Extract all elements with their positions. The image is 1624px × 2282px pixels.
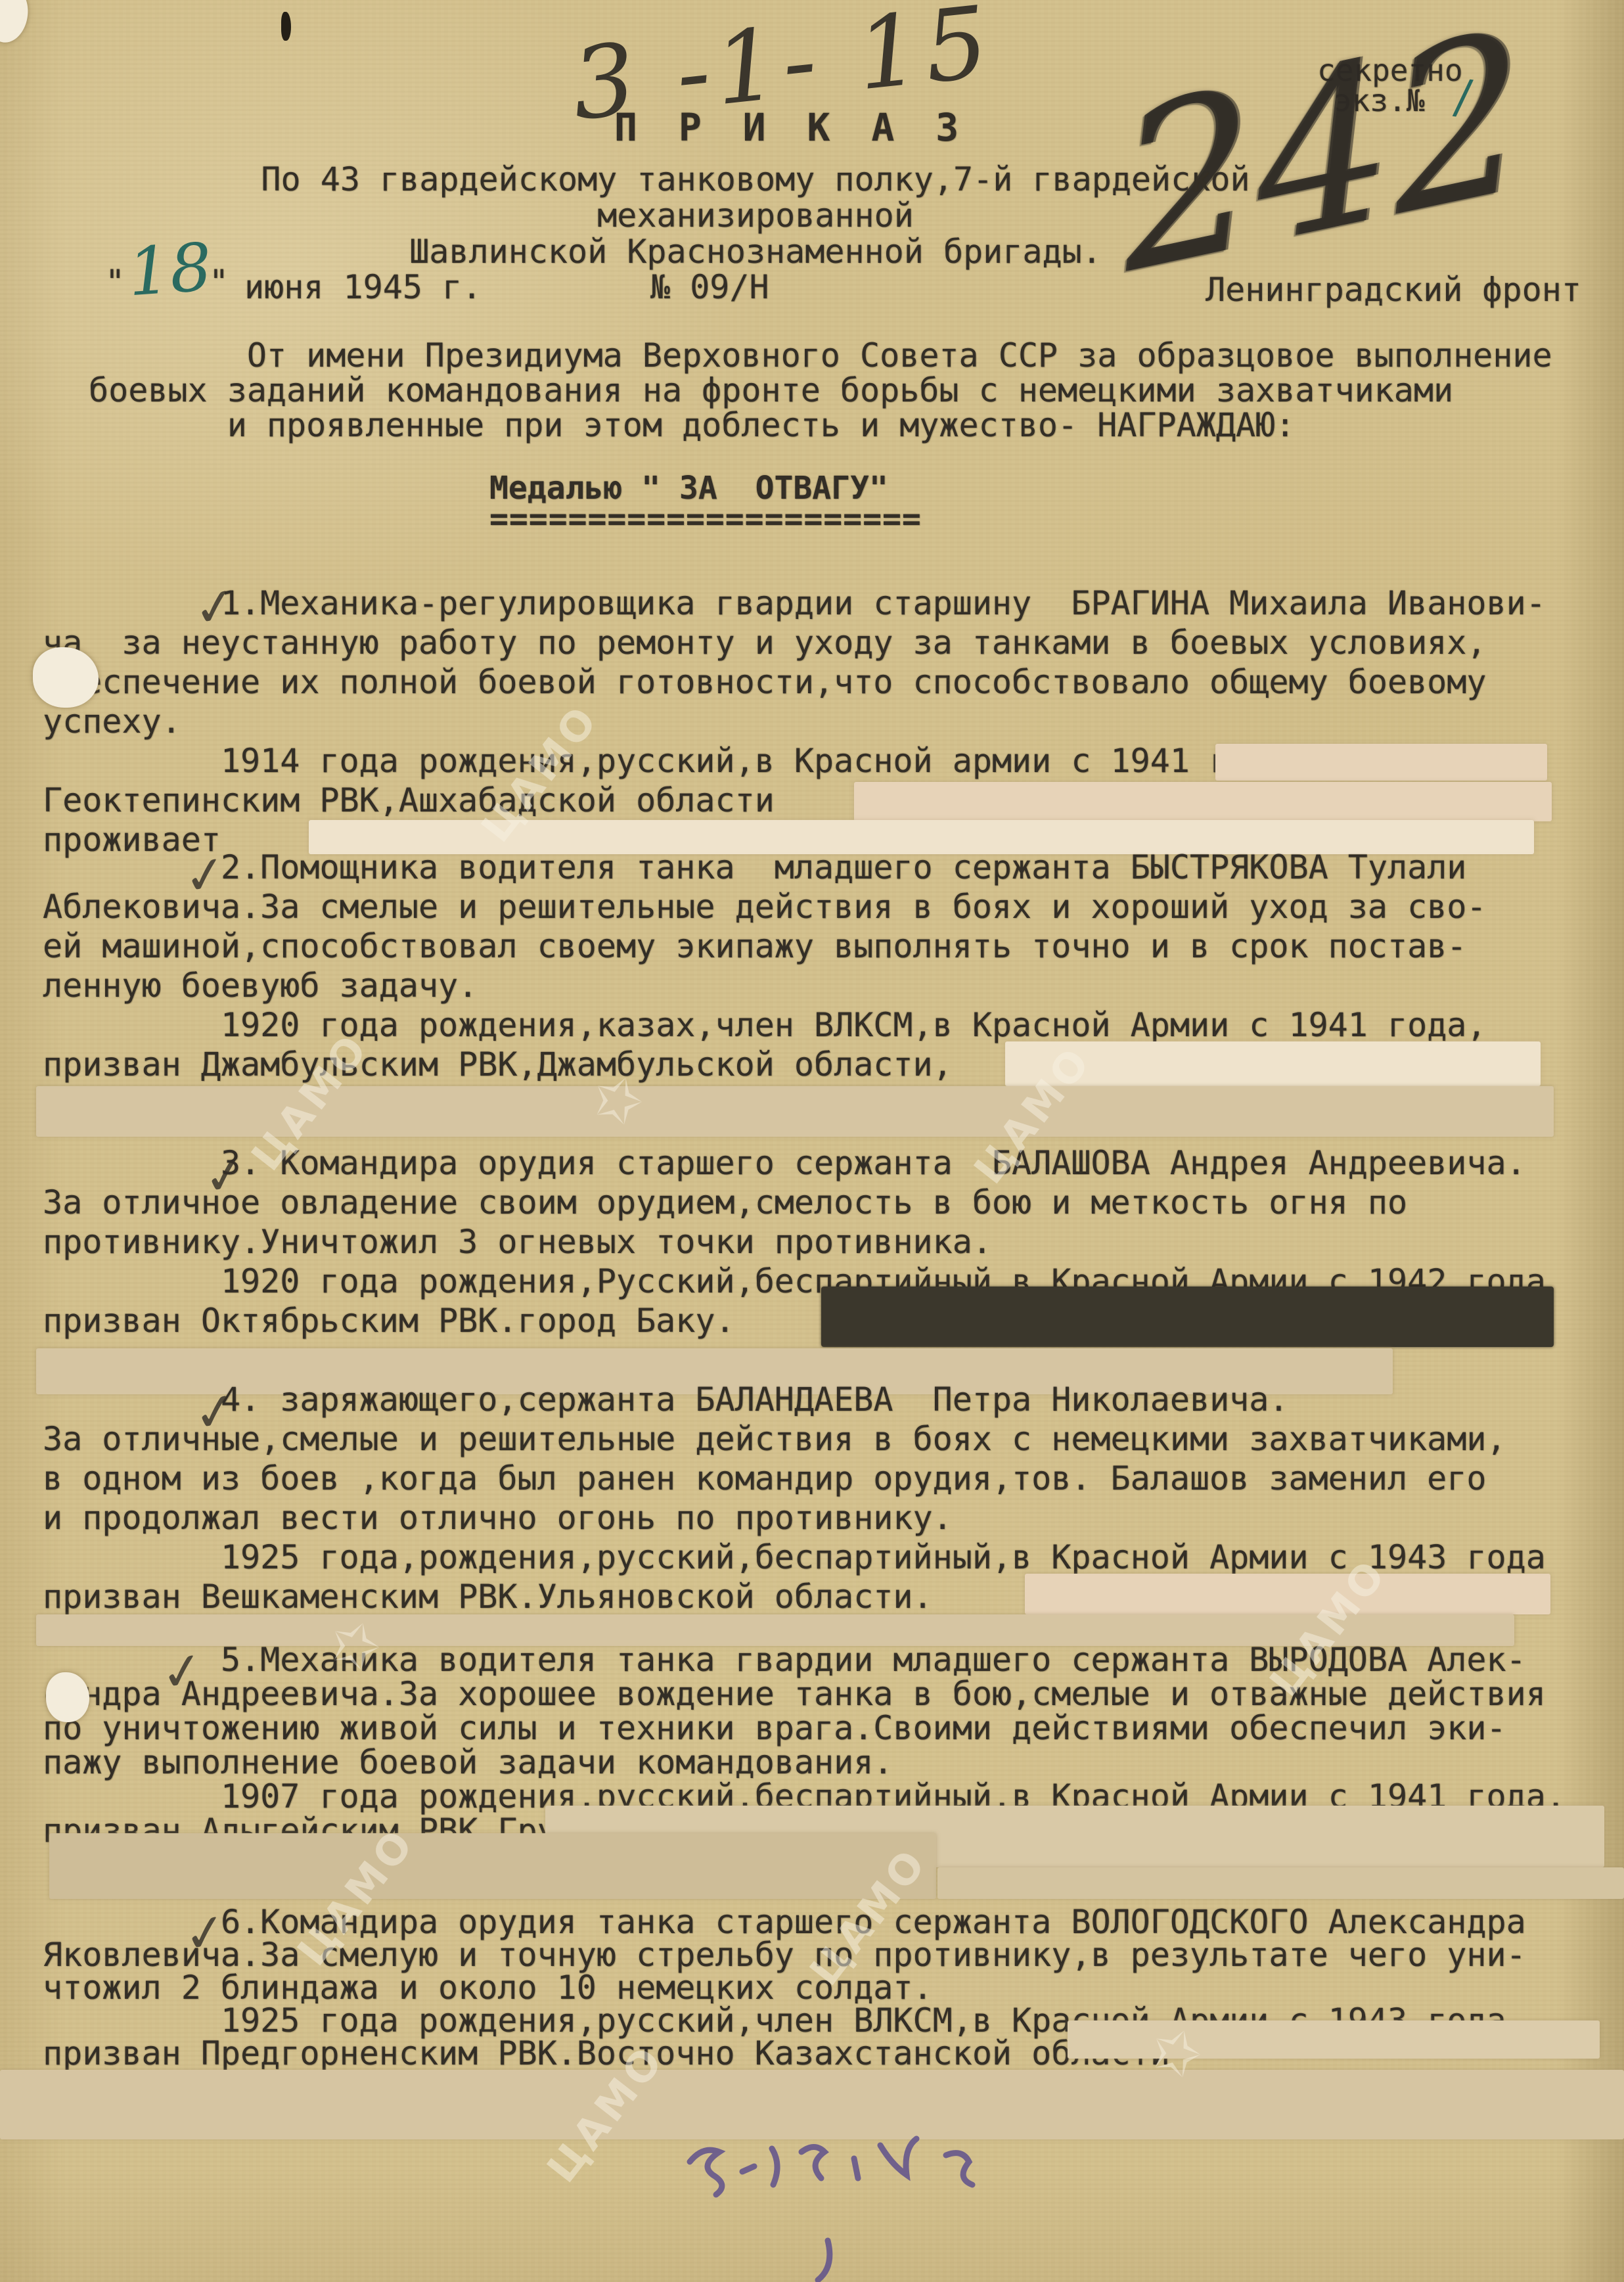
document-page: 3 -1- 15 секретно экз.№ / 242 П Р И К А … <box>0 0 1624 2282</box>
redaction-box <box>1068 2020 1600 2059</box>
redaction-box <box>1005 1041 1541 1086</box>
torn-paper-spot <box>33 647 99 708</box>
preamble-text: От имени Президиума Верховного Совета СС… <box>89 338 1619 443</box>
redaction-box-black <box>821 1287 1554 1347</box>
order-title: П Р И К А З <box>614 105 968 150</box>
redaction-box <box>36 1086 1554 1137</box>
date-quote-close: " <box>209 263 229 301</box>
front-name: Ленинградский фронт <box>1206 271 1581 309</box>
redaction-box <box>1215 744 1547 781</box>
redaction-box <box>854 782 1552 821</box>
redaction-box <box>937 1867 1624 1899</box>
torn-paper-spot <box>0 0 34 47</box>
ink-scribble <box>664 2122 1045 2282</box>
redaction-box <box>1025 1574 1550 1614</box>
redaction-box <box>49 1833 936 1899</box>
order-number: № 09/Н <box>650 268 769 306</box>
date-month-year: июня 1945 г. <box>244 268 482 306</box>
order-subtitle: По 43 гвардейскому танковому полку,7-й г… <box>112 162 1399 270</box>
ink-blot <box>281 12 291 41</box>
torn-paper-spot <box>46 1672 89 1722</box>
date-day-handwriting: 18 <box>125 229 214 311</box>
award-underline: ====================== <box>489 501 922 537</box>
date-quote-open: " <box>105 263 125 301</box>
